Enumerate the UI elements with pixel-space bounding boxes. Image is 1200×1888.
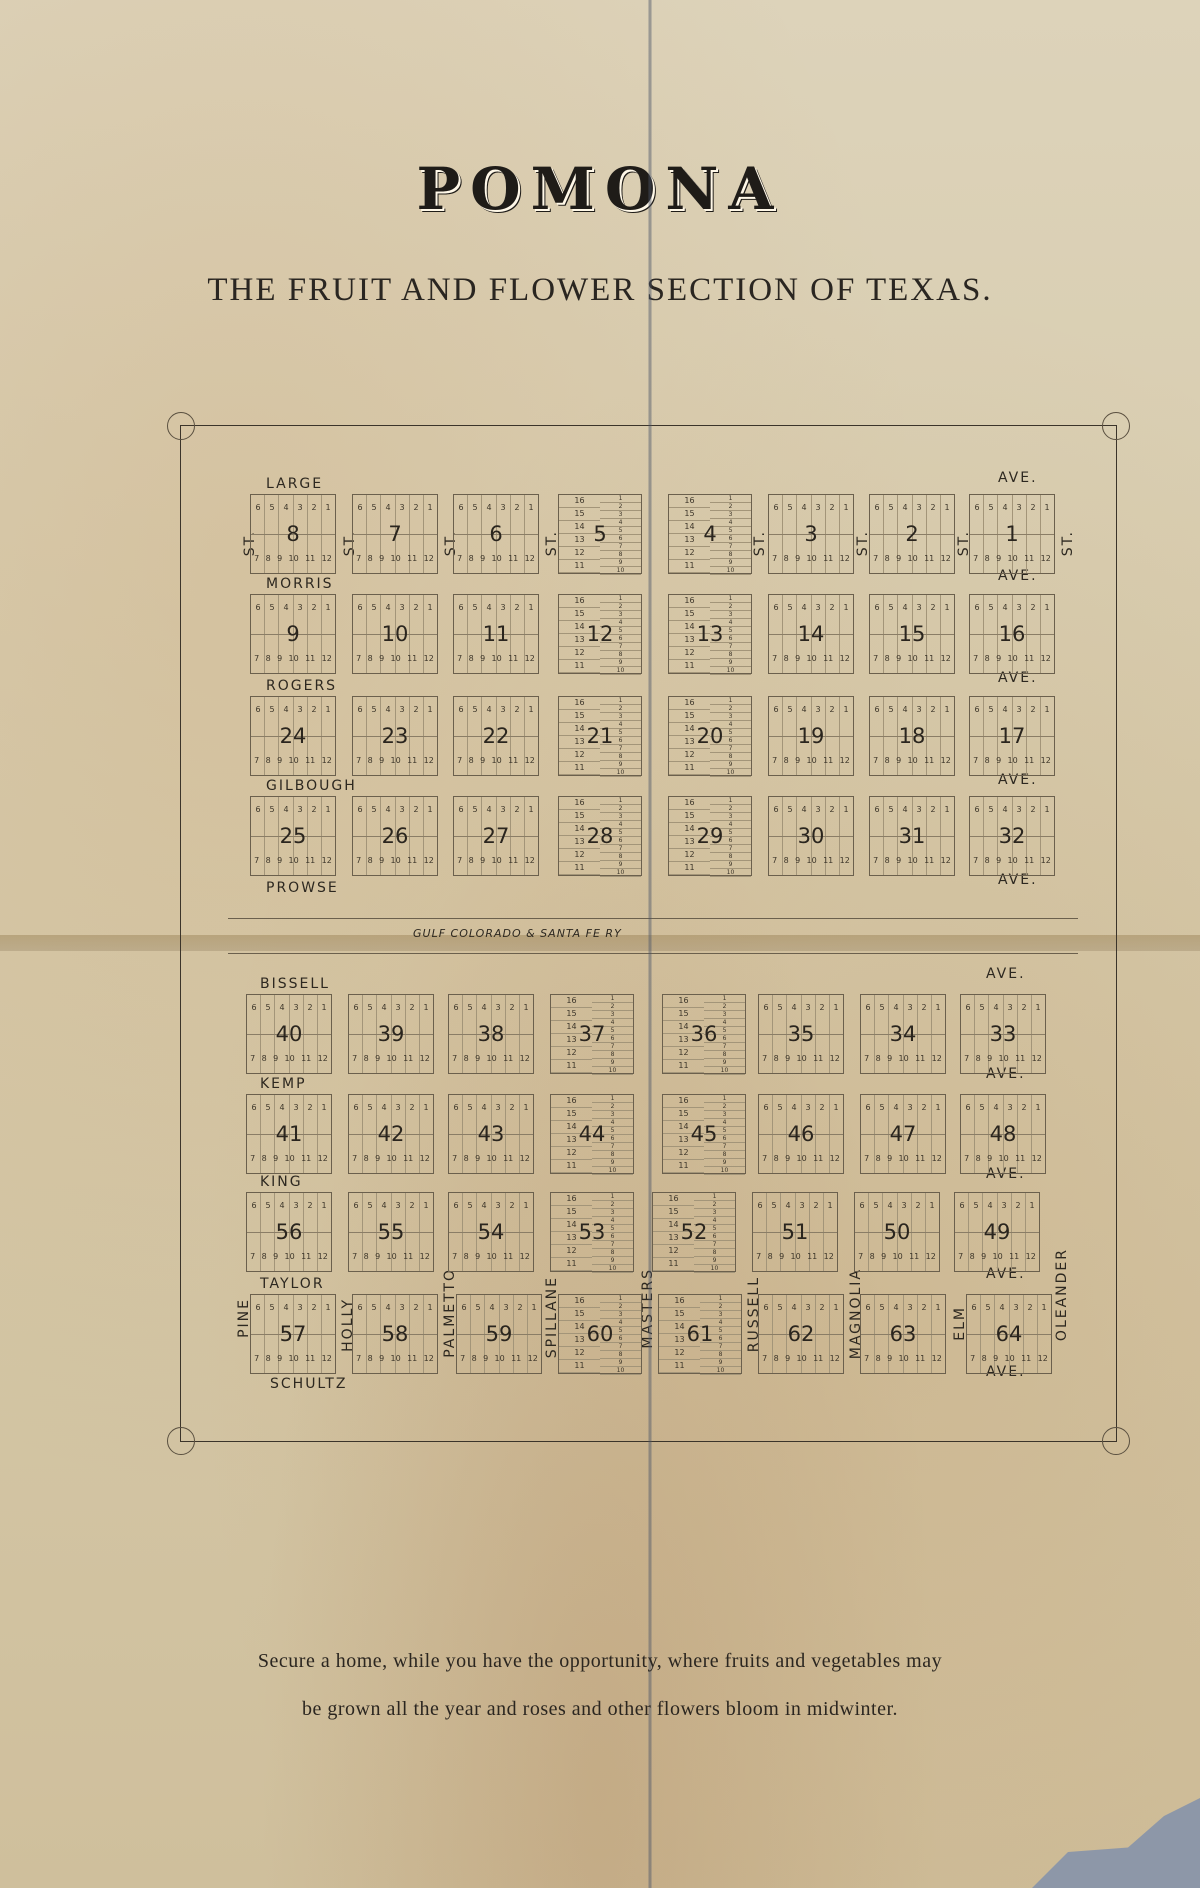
block-44: 1615141312111234567891044 [550,1094,634,1174]
block-number: 2 [870,522,954,546]
block-number: 46 [759,1122,843,1146]
block-number: 41 [247,1122,331,1146]
block-number: 4 [669,522,751,546]
lot-numbers-bottom: 789101112 [870,756,954,765]
lot-numbers-bottom: 789101112 [970,756,1054,765]
block-63: 65432178910111263 [860,1294,946,1374]
lot-numbers-top: 654321 [970,805,1054,814]
block-10: 65432178910111210 [352,594,438,674]
block-number: 28 [559,824,641,848]
lot-numbers-top: 654321 [861,1003,945,1012]
lot-numbers-top: 654321 [955,1201,1039,1210]
block-61: 1615141312111234567891061 [658,1294,742,1374]
lot-numbers-bottom: 789101112 [955,1252,1039,1261]
lot-numbers-bottom: 789101112 [449,1054,533,1063]
lot-numbers-top: 654321 [769,705,853,714]
lot-numbers-top: 654321 [353,705,437,714]
block-number: 11 [454,622,538,646]
block-48: 65432178910111248 [960,1094,1046,1174]
lot-numbers-bottom: 789101112 [353,1354,437,1363]
block-13: 1615141312111234567891013 [668,594,752,674]
lot-numbers-bottom: 789101112 [353,856,437,865]
block-number: 37 [551,1022,633,1046]
lot-numbers-top: 654321 [449,1201,533,1210]
lot-numbers-top: 654321 [454,503,538,512]
street-label: OLEANDER [1054,1248,1070,1341]
lot-numbers-top: 654321 [251,1303,335,1312]
street-label: KEMP [260,1076,307,1092]
block-number: 21 [559,724,641,748]
paper-fold-vertical [648,0,652,1888]
lot-numbers-top: 654321 [247,1003,331,1012]
block-2: 6543217891011122 [869,494,955,574]
block-3: 6543217891011123 [768,494,854,574]
block-number: 45 [663,1122,745,1146]
lot-numbers-bottom: 789101112 [353,554,437,563]
street-label: AVE. [998,470,1038,486]
lot-numbers-bottom: 789101112 [759,1354,843,1363]
block-number: 35 [759,1022,843,1046]
block-47: 65432178910111247 [860,1094,946,1174]
street-label: ROGERS [266,678,337,694]
block-number: 15 [870,622,954,646]
lot-numbers-bottom: 789101112 [970,554,1054,563]
lot-numbers-top: 654321 [457,1303,541,1312]
block-number: 52 [653,1220,735,1244]
block-number: 8 [251,522,335,546]
block-4: 161514131211123456789104 [668,494,752,574]
block-number: 32 [970,824,1054,848]
block-31: 65432178910111231 [869,796,955,876]
block-number: 58 [353,1322,437,1346]
block-8: 6543217891011128 [250,494,336,574]
lot-numbers-top: 654321 [247,1201,331,1210]
block-number: 48 [961,1122,1045,1146]
lot-numbers-bottom: 789101112 [454,856,538,865]
block-number: 39 [349,1022,433,1046]
block-25: 65432178910111225 [250,796,336,876]
lot-numbers-top: 654321 [353,805,437,814]
lot-numbers-bottom: 789101112 [967,1354,1051,1363]
lot-numbers-bottom: 789101112 [961,1054,1045,1063]
block-37: 1615141312111234567891037 [550,994,634,1074]
lot-numbers-bottom: 789101112 [870,654,954,663]
lot-numbers-bottom: 789101112 [251,1354,335,1363]
lot-numbers-bottom: 789101112 [769,856,853,865]
block-49: 65432178910111249 [954,1192,1040,1272]
lot-numbers-top: 654321 [961,1003,1045,1012]
lot-numbers-bottom: 789101112 [353,756,437,765]
lot-numbers-top: 654321 [970,603,1054,612]
block-number: 29 [669,824,751,848]
lot-numbers-bottom: 789101112 [454,756,538,765]
lot-numbers-top: 654321 [449,1103,533,1112]
street-label: KING [260,1174,303,1190]
block-number: 6 [454,522,538,546]
torn-corner [960,1798,1200,1888]
block-11: 65432178910111211 [453,594,539,674]
block-42: 65432178910111242 [348,1094,434,1174]
lot-numbers-top: 654321 [769,603,853,612]
block-number: 55 [349,1220,433,1244]
street-label: ST. [1060,530,1076,556]
lot-numbers-bottom: 789101112 [449,1154,533,1163]
block-24: 65432178910111224 [250,696,336,776]
block-number: 24 [251,724,335,748]
block-12: 1615141312111234567891012 [558,594,642,674]
block-number: 1 [970,522,1054,546]
block-51: 65432178910111251 [752,1192,838,1272]
block-number: 14 [769,622,853,646]
lot-numbers-bottom: 789101112 [247,1054,331,1063]
lot-numbers-top: 654321 [970,705,1054,714]
block-27: 65432178910111227 [453,796,539,876]
map-subtitle: THE FRUIT AND FLOWER SECTION OF TEXAS. [0,272,1200,309]
lot-numbers-top: 654321 [349,1201,433,1210]
lot-numbers-top: 654321 [454,603,538,612]
railroad-label: GULF COLORADO & SANTA FE RY [413,927,622,940]
block-number: 31 [870,824,954,848]
lot-numbers-bottom: 789101112 [454,654,538,663]
lot-numbers-top: 654321 [769,805,853,814]
street-label: ST. [752,530,768,556]
block-45: 1615141312111234567891045 [662,1094,746,1174]
block-26: 65432178910111226 [352,796,438,876]
block-59: 65432178910111259 [456,1294,542,1374]
lot-numbers-top: 654321 [759,1303,843,1312]
lot-numbers-bottom: 789101112 [457,1354,541,1363]
block-41: 65432178910111241 [246,1094,332,1174]
block-number: 36 [663,1022,745,1046]
block-58: 65432178910111258 [352,1294,438,1374]
street-label: LARGE [266,476,323,492]
lot-numbers-bottom: 789101112 [251,554,335,563]
lot-numbers-bottom: 789101112 [753,1252,837,1261]
lot-numbers-top: 654321 [251,705,335,714]
lot-numbers-top: 654321 [251,503,335,512]
ornament-icon [167,412,195,440]
block-55: 65432178910111255 [348,1192,434,1272]
block-number: 30 [769,824,853,848]
lot-numbers-bottom: 789101112 [769,654,853,663]
block-number: 60 [559,1322,641,1346]
lot-numbers-top: 654321 [759,1103,843,1112]
lot-numbers-top: 654321 [449,1003,533,1012]
lot-numbers-top: 654321 [870,805,954,814]
block-number: 49 [955,1220,1039,1244]
block-number: 34 [861,1022,945,1046]
block-56: 65432178910111256 [246,1192,332,1272]
lot-numbers-top: 654321 [454,705,538,714]
lot-numbers-bottom: 789101112 [349,1252,433,1261]
lot-numbers-top: 654321 [353,503,437,512]
block-number: 5 [559,522,641,546]
block-number: 54 [449,1220,533,1244]
ornament-icon [167,1427,195,1455]
lot-numbers-top: 654321 [861,1103,945,1112]
ornament-icon [1102,1427,1130,1455]
block-number: 18 [870,724,954,748]
lot-numbers-top: 654321 [753,1201,837,1210]
block-number: 25 [251,824,335,848]
lot-numbers-top: 654321 [759,1003,843,1012]
caption-line-1: Secure a home, while you have the opport… [0,1650,1200,1673]
block-number: 51 [753,1220,837,1244]
block-18: 65432178910111218 [869,696,955,776]
block-number: 17 [970,724,1054,748]
block-64: 65432178910111264 [966,1294,1052,1374]
lot-numbers-bottom: 789101112 [861,1354,945,1363]
lot-numbers-bottom: 789101112 [247,1154,331,1163]
block-29: 1615141312111234567891029 [668,796,752,876]
lot-numbers-top: 654321 [454,805,538,814]
block-number: 53 [551,1220,633,1244]
block-number: 16 [970,622,1054,646]
block-number: 10 [353,622,437,646]
block-16: 65432178910111216 [969,594,1055,674]
block-23: 65432178910111223 [352,696,438,776]
lot-numbers-bottom: 789101112 [961,1154,1045,1163]
lot-numbers-bottom: 789101112 [349,1054,433,1063]
ornament-icon [1102,412,1130,440]
block-number: 62 [759,1322,843,1346]
lot-numbers-top: 654321 [769,503,853,512]
block-number: 59 [457,1322,541,1346]
lot-numbers-top: 654321 [967,1303,1051,1312]
block-54: 65432178910111254 [448,1192,534,1272]
lot-numbers-bottom: 789101112 [870,554,954,563]
block-number: 44 [551,1122,633,1146]
block-35: 65432178910111235 [758,994,844,1074]
block-52: 1615141312111234567891052 [652,1192,736,1272]
block-50: 65432178910111250 [854,1192,940,1272]
lot-numbers-bottom: 789101112 [247,1252,331,1261]
lot-numbers-bottom: 789101112 [861,1154,945,1163]
block-9: 6543217891011129 [250,594,336,674]
lot-numbers-bottom: 789101112 [769,756,853,765]
lot-numbers-top: 654321 [861,1303,945,1312]
lot-numbers-bottom: 789101112 [251,654,335,663]
lot-numbers-top: 654321 [353,603,437,612]
lot-numbers-top: 654321 [870,503,954,512]
block-number: 64 [967,1322,1051,1346]
block-number: 33 [961,1022,1045,1046]
street-label: SCHULTZ [270,1376,347,1392]
block-28: 1615141312111234567891028 [558,796,642,876]
lot-numbers-bottom: 789101112 [251,856,335,865]
block-22: 65432178910111222 [453,696,539,776]
block-7: 6543217891011127 [352,494,438,574]
block-36: 1615141312111234567891036 [662,994,746,1074]
block-number: 63 [861,1322,945,1346]
block-number: 38 [449,1022,533,1046]
block-32: 65432178910111232 [969,796,1055,876]
block-number: 19 [769,724,853,748]
block-number: 61 [659,1322,741,1346]
lot-numbers-top: 654321 [349,1003,433,1012]
block-number: 57 [251,1322,335,1346]
block-number: 47 [861,1122,945,1146]
lot-numbers-top: 654321 [870,705,954,714]
railroad-corridor: GULF COLORADO & SANTA FE RY [228,918,1078,954]
block-14: 65432178910111214 [768,594,854,674]
lot-numbers-bottom: 789101112 [454,554,538,563]
block-46: 65432178910111246 [758,1094,844,1174]
block-40: 65432178910111240 [246,994,332,1074]
block-62: 65432178910111262 [758,1294,844,1374]
plat-map: GULF COLORADO & SANTA FE RY LARGEMORRISR… [228,468,1078,1398]
block-5: 161514131211123456789105 [558,494,642,574]
block-number: 42 [349,1122,433,1146]
lot-numbers-bottom: 789101112 [349,1154,433,1163]
block-number: 23 [353,724,437,748]
block-number: 12 [559,622,641,646]
block-30: 65432178910111230 [768,796,854,876]
block-33: 65432178910111233 [960,994,1046,1074]
street-label: BISSELL [260,976,330,992]
block-34: 65432178910111234 [860,994,946,1074]
block-number: 56 [247,1220,331,1244]
street-label: MORRIS [266,576,334,592]
lot-numbers-bottom: 789101112 [870,856,954,865]
street-label: AVE. [986,966,1026,982]
lot-numbers-top: 654321 [349,1103,433,1112]
block-39: 65432178910111239 [348,994,434,1074]
lot-numbers-top: 654321 [961,1103,1045,1112]
lot-numbers-bottom: 789101112 [251,756,335,765]
lot-numbers-top: 654321 [251,805,335,814]
block-19: 65432178910111219 [768,696,854,776]
block-20: 1615141312111234567891020 [668,696,752,776]
block-number: 50 [855,1220,939,1244]
block-60: 1615141312111234567891060 [558,1294,642,1374]
lot-numbers-bottom: 789101112 [970,856,1054,865]
street-label: PROWSE [266,880,339,896]
lot-numbers-bottom: 789101112 [759,1154,843,1163]
block-number: 9 [251,622,335,646]
lot-numbers-top: 654321 [970,503,1054,512]
lot-numbers-bottom: 789101112 [861,1054,945,1063]
block-number: 13 [669,622,751,646]
lot-numbers-bottom: 789101112 [449,1252,533,1261]
block-53: 1615141312111234567891053 [550,1192,634,1272]
block-21: 1615141312111234567891021 [558,696,642,776]
lot-numbers-top: 654321 [870,603,954,612]
map-title: POMONA [0,155,1200,223]
block-number: 20 [669,724,751,748]
street-label: TAYLOR [260,1276,325,1292]
lot-numbers-bottom: 789101112 [353,654,437,663]
lot-numbers-bottom: 789101112 [769,554,853,563]
block-43: 65432178910111243 [448,1094,534,1174]
lot-numbers-top: 654321 [353,1303,437,1312]
block-number: 3 [769,522,853,546]
block-57: 65432178910111257 [250,1294,336,1374]
lot-numbers-bottom: 789101112 [855,1252,939,1261]
block-17: 65432178910111217 [969,696,1055,776]
lot-numbers-top: 654321 [251,603,335,612]
block-number: 22 [454,724,538,748]
lot-numbers-bottom: 789101112 [970,654,1054,663]
lot-numbers-top: 654321 [247,1103,331,1112]
block-1: 6543217891011121 [969,494,1055,574]
block-number: 7 [353,522,437,546]
lot-numbers-bottom: 789101112 [759,1054,843,1063]
caption-line-2: be grown all the year and roses and othe… [0,1698,1200,1721]
block-number: 40 [247,1022,331,1046]
block-number: 43 [449,1122,533,1146]
block-6: 6543217891011126 [453,494,539,574]
street-label: GILBOUGH [266,778,357,794]
block-number: 26 [353,824,437,848]
block-15: 65432178910111215 [869,594,955,674]
lot-numbers-top: 654321 [855,1201,939,1210]
block-number: 27 [454,824,538,848]
block-38: 65432178910111238 [448,994,534,1074]
